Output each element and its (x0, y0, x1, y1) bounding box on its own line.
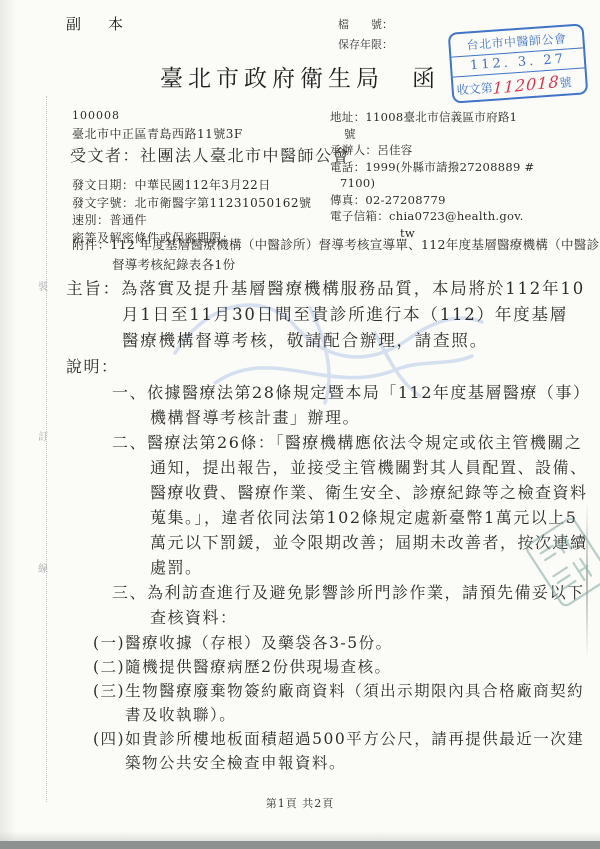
explanation-subitem-1: (一)醫療收據（存根）及藥袋各3-5份。 (93, 631, 590, 655)
page-number-footer: 第1頁 共2頁 (0, 795, 600, 811)
explanation-block: 說明： 一、依據醫療法第28條規定暨本局「112年度基層醫療（事）機構督導考核計… (66, 354, 590, 775)
explanation-subitem-2: (二)隨機提供醫療病歷2份供現場查核。 (93, 655, 590, 679)
binding-dotted-line (46, 96, 47, 802)
item-number: 三、 (112, 583, 147, 602)
binding-mark-zhuang: 裝 (38, 278, 48, 293)
agency-contact-block: 地址：11008臺北市信義區市府路1 號 承辦人：呂佳容 電話：1999(外縣市… (330, 109, 586, 241)
file-retention-labels: 檔 號： 保存年限： (338, 15, 393, 55)
scan-edge-shadow-bottom (0, 831, 600, 841)
contact-fax-line: 傳真：02-27208779 (330, 192, 586, 209)
subitem-number: (一) (93, 634, 125, 652)
item-text: 為利訪查進行及避免影響診所門診作業，請預先備妥以下查核資料： (147, 583, 585, 627)
contact-phone-line2: 7100) (330, 175, 586, 192)
scan-edge-shadow-left (0, 0, 16, 849)
explanation-item-2: 二、醫療法第26條：「醫療機構應依法令規定或依主管機關之通知，提出報告，並接受主… (112, 430, 590, 580)
item-text: 依據醫療法第28條規定暨本局「112年度基層醫療（事）機構督導考核計畫」辦理。 (147, 383, 582, 427)
explanation-label: 說明： (66, 354, 590, 379)
explanation-item-1: 一、依據醫療法第28條規定暨本局「112年度基層醫療（事）機構督導考核計畫」辦理… (112, 380, 590, 430)
subject-block: 主旨：為落實及提升基層醫療機構服務品質，本局將於112年10月1日至11月30日… (66, 276, 586, 354)
subitem-text: 醫療收據（存根）及藥袋各3-5份。 (125, 634, 392, 652)
retention-period-label: 保存年限： (338, 35, 393, 55)
item-number: 二、 (112, 433, 147, 452)
agency-address-line2: 號 (330, 126, 586, 143)
subitem-number: (四) (93, 730, 125, 748)
subitem-text: 如貴診所樓地板面積超過500平方公尺，請再提供最近一次建築物公共安全檢查申報資料… (125, 730, 584, 772)
item-number: 一、 (112, 383, 147, 402)
recipient-zip-code: 100008 (72, 109, 120, 122)
explanation-item-3: 三、為利訪查進行及避免影響診所門診作業，請預先備妥以下查核資料： (112, 580, 590, 630)
recipient-line: 受文者：社團法人臺北市中醫師公會 (70, 143, 350, 166)
stamp-received-prefix: 收文第 (456, 81, 493, 97)
subitem-text: 隨機提供醫療病歷2份供現場查核。 (125, 658, 391, 676)
attachment-line: 附件：112 年度基層醫療機構（中醫診所）督導考核宣導單、112年度基層醫療機構… (72, 235, 600, 275)
copy-label: 副 本 (66, 13, 129, 34)
scanner-background-bottom (0, 841, 600, 849)
delivery-speed-line: 速別：普通件 (72, 212, 311, 230)
agency-address-line1: 地址：11008臺北市信義區市府路1 (330, 109, 586, 126)
issue-date-line: 發文日期：中華民國112年3月22日 (72, 177, 311, 195)
contact-officer-line: 承辦人：呂佳容 (330, 142, 586, 159)
subject-text: 為落實及提升基層醫療機構服務品質，本局將於112年10月1日至11月30日間至貴… (121, 279, 585, 350)
subitem-number: (三) (93, 682, 125, 700)
item-text: 醫療法第26條：「醫療機構應依法令規定或依主管機關之通知，提出報告，並接受主管機… (147, 433, 588, 577)
contact-phone-line1: 電話：1999(外縣市請撥27208889 # (330, 159, 586, 176)
stamp-handwritten-number: 112018 (492, 72, 560, 98)
recipient-street-address: 臺北市中正區青島西路11號3F (72, 125, 243, 142)
received-stamp: 台北市中醫師公會 112. 3. 27 收文第112018號 (448, 23, 589, 103)
binding-mark-ding: 訂 (38, 428, 48, 443)
binding-mark-xian: 線 (38, 560, 48, 575)
subitem-text: 生物醫療廢棄物簽約廠商資料（須出示期限內具合格廠商契約書及收執聯）。 (125, 682, 584, 724)
explanation-items: 一、依據醫療法第28條規定暨本局「112年度基層醫療（事）機構督導考核計畫」辦理… (112, 380, 590, 630)
file-number-label: 檔 號： (338, 15, 393, 35)
issue-number-line: 發文字號：北市衛醫字第11231050162號 (72, 195, 311, 213)
scanned-official-letter: 裝 訂 線 副 本 檔 號： 保存年限： 臺北市政府衛生局 函 台北市中醫師公會… (0, 0, 600, 849)
explanation-subitems: (一)醫療收據（存根）及藥袋各3-5份。 (二)隨機提供醫療病歷2份供現場查核。… (93, 631, 590, 775)
explanation-subitem-4: (四)如貴診所樓地板面積超過500平方公尺，請再提供最近一次建築物公共安全檢查申… (93, 727, 590, 775)
explanation-subitem-3: (三)生物醫療廢棄物簽約廠商資料（須出示期限內具合格廠商契約書及收執聯）。 (93, 679, 590, 727)
contact-email-line1: 電子信箱：chia0723@health.gov. (330, 208, 586, 225)
subitem-number: (二) (93, 658, 125, 676)
stamp-received-suffix: 號 (559, 75, 572, 90)
subject-label: 主旨： (66, 279, 121, 298)
